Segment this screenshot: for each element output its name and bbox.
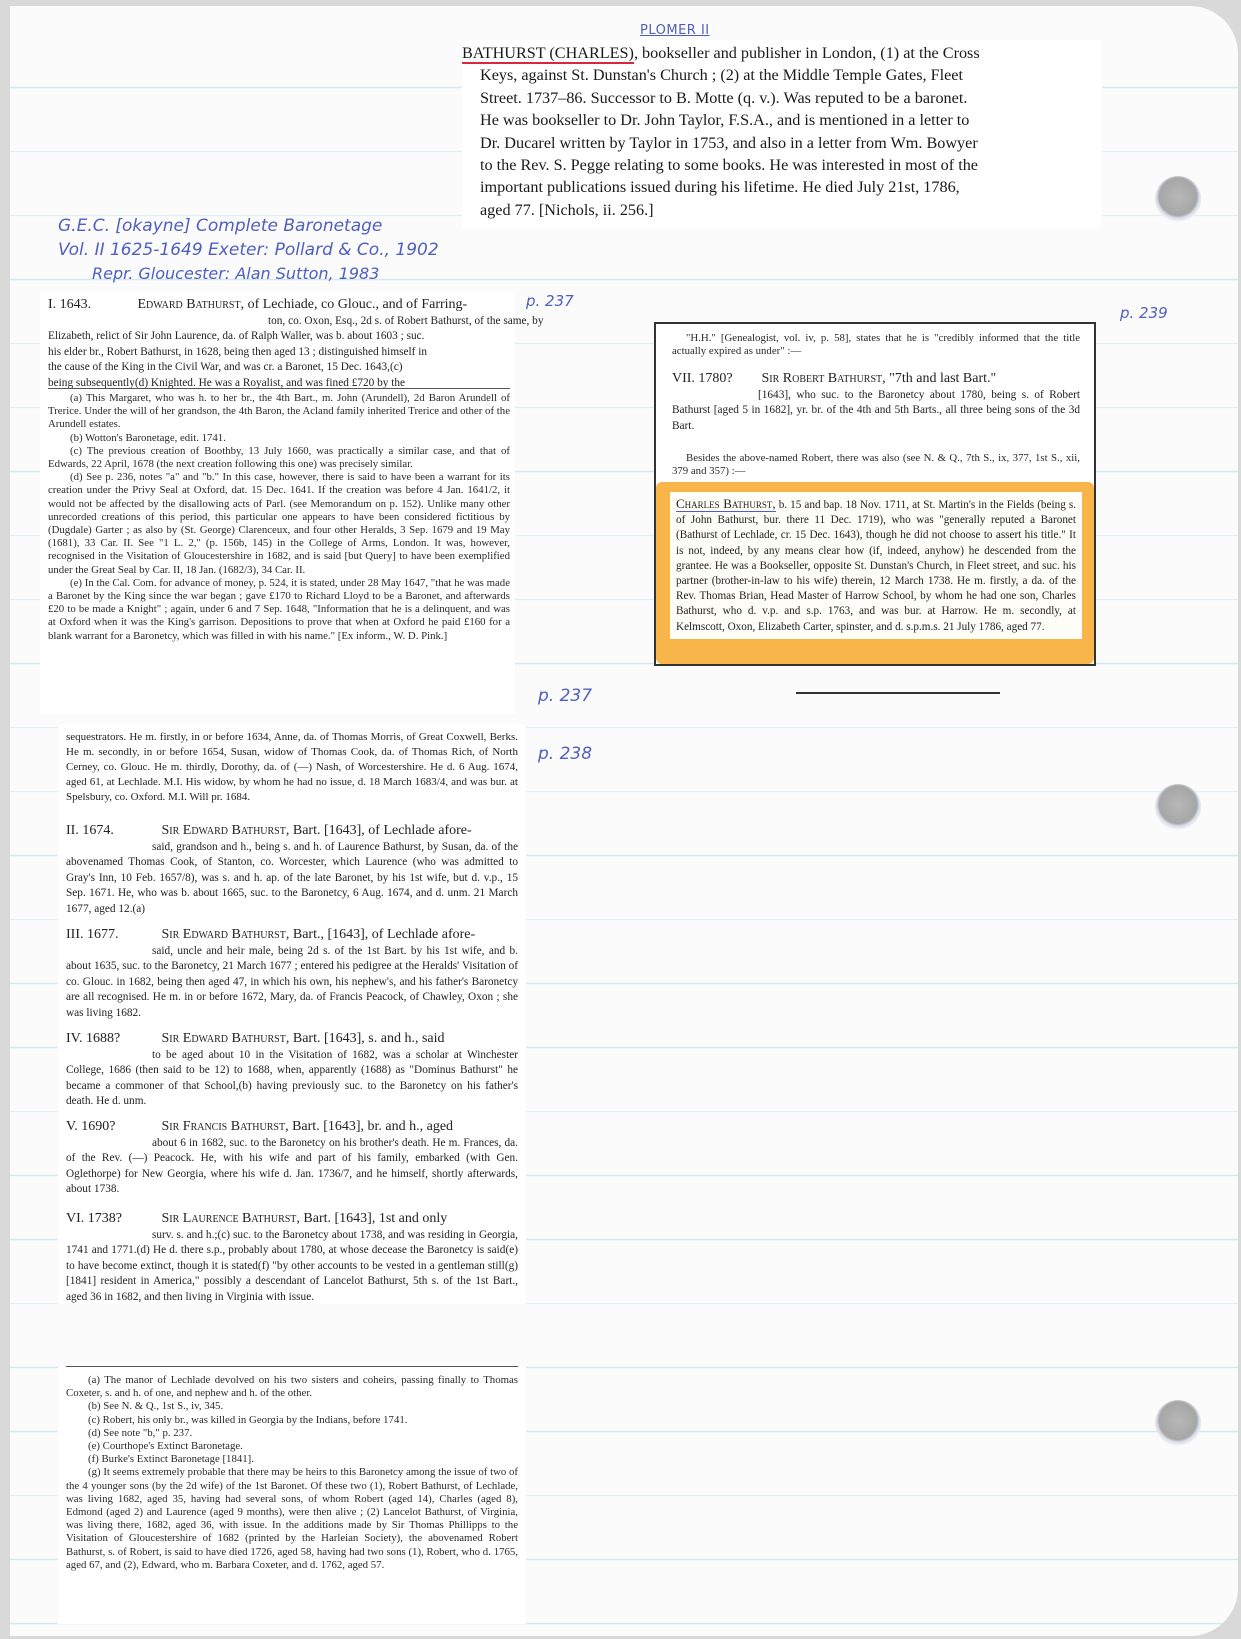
page-mark-237-mid: p. 237 <box>538 686 592 706</box>
plomer-ref-note: PLOMER II <box>640 23 710 38</box>
footnote-c: (c) The previous creation of Boothby, 13… <box>48 445 510 471</box>
plomer-name: BATHURST (CHARLES) <box>462 44 634 64</box>
entry-V: V. 1690? Sir Francis Bathurst, Bart. [16… <box>66 1118 518 1198</box>
entry-I-name: Edward Bathurst <box>138 297 241 312</box>
footnote-c2: (c) Robert, his only br., was killed in … <box>66 1414 518 1427</box>
footnote-b: (b) Wotton's Baronetage, edit. 1741. <box>48 432 510 445</box>
entry-II: II. 1674. Sir Edward Bathurst, Bart. [16… <box>66 822 518 917</box>
entry-IV: IV. 1688? Sir Edward Bathurst, Bart. [16… <box>66 1030 518 1110</box>
footnote-g2: (g) It seems extremely probable that the… <box>66 1466 518 1572</box>
entry-I: I. 1643. Edward Bathurst, of Lechiade, c… <box>48 296 510 391</box>
page-mark-239: p. 239 <box>1120 304 1168 322</box>
hh-intro: "H.H." [Genealogist, vol. iv, p. 58], st… <box>672 332 1080 358</box>
entry-III: III. 1677. Sir Edward Bathurst, Bart., [… <box>66 926 518 1021</box>
footnotes-group-2: (a) The manor of Lechlade devolved on hi… <box>66 1374 518 1572</box>
footnote-e2: (e) Courthope's Extinct Baronetage. <box>66 1440 518 1453</box>
citation-line-3: Repr. Gloucester: Alan Sutton, 1983 <box>92 264 379 283</box>
footnotes-group-1: (a) This Margaret, who was h. to her br.… <box>48 392 510 643</box>
footnote-e: (e) In the Cal. Com. for advance of mone… <box>48 577 510 643</box>
baronetage-clip-p239: "H.H." [Genealogist, vol. iv, p. 58], st… <box>654 322 1096 666</box>
besides-note: Besides the above-named Robert, there wa… <box>672 452 1080 478</box>
plomer-clipping: BATHURST (CHARLES), bookseller and publi… <box>462 40 1102 228</box>
plomer-line-0: BATHURST (CHARLES), bookseller and publi… <box>462 42 1102 64</box>
entry-I-number: I. 1643. <box>48 296 134 314</box>
citation-line-2: Vol. II 1625-1649 Exeter: Pollard & Co.,… <box>58 240 439 260</box>
footnote-b2: (b) See N. & Q., 1st S., iv, 345. <box>66 1400 518 1413</box>
entry-VI: VI. 1738? Sir Laurence Bathurst, Bart. [… <box>66 1210 518 1305</box>
page-mark-238: p. 238 <box>538 744 592 764</box>
baronetage-clip-main: sequestrators. He m. firstly, in or befo… <box>58 724 526 1304</box>
citation-line-1: G.E.C. [okayne] Complete Baronetage <box>58 216 382 236</box>
notebook-page: PLOMER II BATHURST (CHARLES), bookseller… <box>10 6 1238 1636</box>
footnote-d2: (d) See note "b," p. 237. <box>66 1427 518 1440</box>
baronetage-clip-top: I. 1643. Edward Bathurst, of Lechiade, c… <box>40 292 515 714</box>
page-mark-237-top: p. 237 <box>526 292 574 310</box>
end-rule <box>796 692 1000 694</box>
highlighted-charles-entry: Charles Bathurst, b. 15 and bap. 18 Nov.… <box>656 482 1094 664</box>
footnote-d: (d) See p. 236, notes "a" and "b." In th… <box>48 471 510 577</box>
charles-bathurst-name: Charles Bathurst, <box>676 496 776 512</box>
footnote-a: (a) This Margaret, who was h. to her br.… <box>48 392 510 432</box>
divider <box>66 1366 518 1367</box>
entry-I-continued: sequestrators. He m. firstly, in or befo… <box>66 730 518 805</box>
divider <box>48 388 510 389</box>
binder-hole-middle <box>1155 784 1201 830</box>
footnote-f2: (f) Burke's Extinct Baronetage [1841]. <box>66 1453 518 1466</box>
entry-VII: VII. 1780? Sir Robert Bathurst, "7th and… <box>672 370 1080 434</box>
binder-hole-top <box>1155 176 1201 222</box>
footnote-a2: (a) The manor of Lechlade devolved on hi… <box>66 1374 518 1400</box>
baronetage-clip-footnotes: (a) The manor of Lechlade devolved on hi… <box>58 1366 526 1624</box>
binder-hole-bottom <box>1155 1400 1201 1446</box>
